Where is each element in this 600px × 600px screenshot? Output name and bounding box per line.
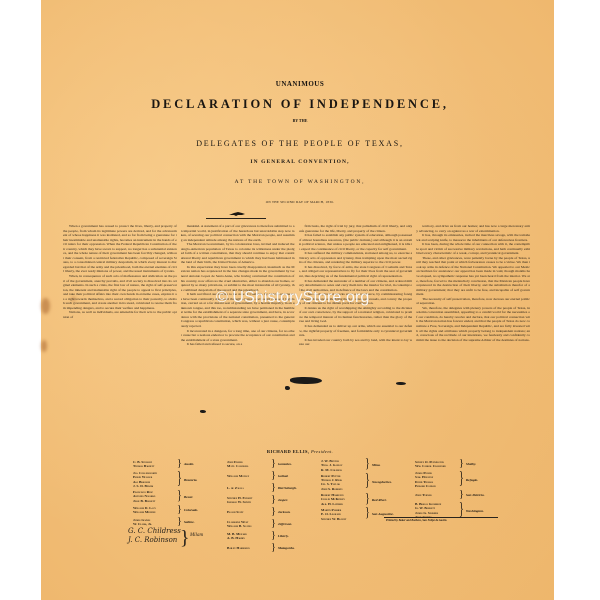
paragraph: It has dissolved, by force of arms, the …	[299, 265, 413, 279]
signer-names: James GainesW. Clark, Jr.	[133, 518, 175, 527]
signer-group: William D. LacyWilliam Menifee}Colorado.	[133, 505, 221, 515]
signer-group: Sydney O. PenningtonWm. Carrol Crawford}…	[415, 459, 503, 469]
signer-name: W. Clark, Jr.	[133, 522, 175, 526]
brace-icon: }	[365, 493, 370, 507]
signer-group: J. W. BuntonThos. J. GazleyR. M. Coleman…	[321, 459, 409, 472]
ink-blot	[396, 382, 406, 385]
declaration-body: When a government has ceased to protect …	[63, 224, 530, 444]
signer-names: Martin ParmerE. O. LegrandStephen W. Blo…	[321, 508, 363, 521]
signer-names: L. de Zavala	[227, 486, 269, 490]
paragraph: firm basis, the right of trial by jury, …	[299, 224, 413, 233]
brace-icon: }	[365, 459, 370, 473]
brace-icon: }	[365, 473, 370, 491]
location-line: AT THE TOWN OF WASHINGTON,	[0, 179, 600, 185]
stain-mark	[41, 340, 47, 352]
brace-icon: }	[271, 519, 276, 529]
signer-group: Bailey Hardeman}Matagorda.	[227, 543, 315, 553]
handwritten-note: Milam	[190, 533, 203, 538]
municipality: Austin.	[184, 462, 194, 466]
brace-icon: }	[177, 471, 182, 489]
signer-group: William Motley}Goliad.	[227, 471, 315, 481]
signer-names: Elijah Stapp	[227, 510, 269, 514]
brace-icon: }	[271, 471, 276, 481]
signer-name: L. de Zavala	[227, 486, 269, 490]
brace-icon: }	[365, 508, 370, 522]
brace-icon: }	[271, 495, 276, 505]
ink-blot	[290, 377, 322, 384]
municipality: Sabine.	[184, 520, 195, 524]
signer-group: James PowerSam. HoustonDavid ThomasEdwar…	[415, 471, 503, 488]
signer-names: Robert HamiltonCollin McKinneyAlb. H. La…	[321, 493, 363, 506]
signer-group: Robert HamiltonCollin McKinneyAlb. H. La…	[321, 493, 409, 506]
body-column: territory, and drive us from our homes; …	[416, 224, 530, 444]
municipality: Matagorda.	[278, 546, 295, 550]
signer-names: M. B. MenardA. B. Hardin	[227, 532, 269, 541]
handwritten-line: J. C. Robinson	[128, 536, 181, 545]
paragraph: It denies us the right of worshipping th…	[299, 306, 413, 324]
date-line: ON THE SECOND DAY OF MARCH, 1836.	[0, 200, 600, 204]
president-line: RICHARD ELLIS, President.	[0, 449, 600, 454]
signer-names: William D. LacyWilliam Menifee	[133, 506, 175, 515]
brace-icon: }	[271, 459, 276, 469]
signer-group: M. B. MenardA. B. Hardin}Liberty.	[227, 531, 315, 541]
signer-name: Wm. Carrol Crawford	[415, 464, 457, 468]
signer-name: Matt. Caldwell	[227, 464, 269, 468]
brace-icon: }	[271, 543, 276, 553]
signer-name: A. B. Hardin	[227, 536, 269, 540]
body-column: mankind. A statement of a part of our gr…	[181, 224, 295, 444]
signer-name: Edward Conrad	[415, 484, 457, 488]
paragraph: The necessity of self preservation, ther…	[416, 297, 530, 306]
convention-line: IN GENERAL CONVENTION,	[0, 159, 600, 165]
signer-group: L. de Zavala}Harrisburgh.	[227, 483, 315, 493]
municipality: Red River.	[372, 498, 387, 502]
handwritten-signatures: G. C. Childress J. C. Robinson	[128, 527, 181, 545]
signer-names: Stephen H. EverittGeorge W. Smyth	[227, 496, 269, 505]
municipality: Jefferson.	[278, 522, 292, 526]
signer-names: Bailey Hardeman	[227, 546, 269, 550]
municipality: Goliad.	[278, 474, 289, 478]
brace-icon: }	[271, 531, 276, 541]
paragraph: It has demanded us to deliver up our arm…	[299, 324, 413, 338]
municipality: Bexar.	[184, 495, 193, 499]
signer-name: Stephen W. Blount	[321, 517, 363, 521]
signer-names: James PowerSam. HoustonDavid ThomasEdwar…	[415, 471, 457, 488]
signer-name: Bailey Hardeman	[227, 546, 269, 550]
brace-icon: }	[180, 527, 190, 550]
president-name: RICHARD ELLIS,	[267, 449, 310, 454]
body-column: firm basis, the right of trial by jury, …	[299, 224, 413, 444]
municipality: San Patricio.	[466, 493, 485, 497]
brace-icon: }	[459, 459, 464, 469]
paragraph: It has been, during the whole time of ou…	[416, 242, 530, 256]
brace-icon: }	[177, 459, 182, 469]
signer-group: Elijah Stapp}Jackson.	[227, 507, 315, 517]
municipality: Jasper.	[278, 498, 288, 502]
municipality: Mina.	[372, 463, 381, 467]
printer-line: Printed by Baker and Bordens, San Felipe…	[386, 519, 447, 522]
brace-icon: }	[177, 505, 182, 515]
signer-name: Jesse B. Badgett	[133, 499, 175, 503]
signer-column: J. W. BuntonThos. J. GazleyR. M. Coleman…	[321, 459, 409, 555]
signer-name: William Menifee	[133, 510, 175, 514]
stain-mark	[41, 298, 50, 314]
municipality: Washington.	[466, 509, 484, 513]
brace-icon: }	[271, 507, 276, 517]
signer-name: J. S. D. Byrom	[133, 484, 175, 488]
paragraph: When, in consequence of such acts of mal…	[63, 274, 177, 310]
paragraph: mankind. A statement of a part of our gr…	[181, 224, 295, 242]
body-column: When a government has ceased to protect …	[63, 224, 177, 444]
ink-blot	[200, 410, 206, 413]
signer-names: C. B. StewartThomas Barnett	[133, 460, 175, 469]
signer-name: Thomas Barnett	[133, 464, 175, 468]
signer-group: Claiborne WestWilliam B. Scates}Jefferso…	[227, 519, 315, 529]
kicker: UNANIMOUS	[0, 80, 600, 88]
signer-group: Jas. CollinsworthEdwin WallerAsa Brigham…	[133, 471, 221, 488]
signer-column: Sydney O. PenningtonWm. Carrol Crawford}…	[415, 459, 503, 555]
paragraph: Nations, as well as individuals, are ame…	[63, 310, 177, 319]
signer-name: R. M. Coleman	[321, 468, 363, 472]
municipality: Shelby.	[466, 462, 476, 466]
president-title: President.	[311, 449, 333, 454]
signer-names: Francisco RuizAntonio NavarroJesse B. Ba…	[133, 490, 175, 503]
decorative-rule	[206, 218, 266, 219]
paragraph: It incarcerated in a dungeon, for a long…	[181, 329, 295, 343]
signer-names: J. W. BuntonThos. J. GazleyR. M. Coleman	[321, 459, 363, 472]
by-the: BY THE	[0, 118, 600, 123]
signer-name: John Turner	[415, 493, 457, 497]
signer-column: John FisherMatt. Caldwell}Gonzales.Willi…	[227, 459, 315, 555]
ink-blot	[285, 386, 290, 390]
paragraph: These, and other grievances, were patien…	[416, 256, 530, 297]
paragraph: It has failed to establish any public sy…	[299, 233, 413, 251]
municipality: Brazoria.	[184, 478, 198, 482]
brace-icon: }	[459, 471, 464, 489]
signer-names: Claiborne WestWilliam B. Scates	[227, 520, 269, 529]
signer-name: Alb. H. Latimer	[321, 502, 363, 506]
signer-names: Sydney O. PenningtonWm. Carrol Crawford	[415, 460, 457, 469]
municipality: Refugio.	[466, 478, 478, 482]
watermark: © UShistoryStore.org	[216, 289, 369, 307]
signer-group: C. B. StewartThomas Barnett}Austin.	[133, 459, 221, 469]
handwritten-line: G. C. Childress	[128, 527, 181, 536]
brace-icon: }	[459, 490, 464, 500]
signer-names: Robert PotterThomas J. RuskCh. S. Taylor…	[321, 474, 363, 491]
brace-icon: }	[271, 483, 276, 493]
printer-rule	[384, 517, 498, 518]
paragraph: It has, through its emissaries, incited …	[416, 233, 530, 242]
ornament-icon	[228, 211, 246, 217]
signer-name: Elijah Stapp	[227, 510, 269, 514]
municipality: Liberty.	[278, 534, 289, 538]
municipality: Gonzales.	[278, 462, 292, 466]
signer-name: John S. Roberts	[321, 487, 363, 491]
signer-name: William Motley	[227, 474, 269, 478]
signer-group: John Turner}San Patricio.	[415, 490, 503, 500]
document-title: DECLARATION OF INDEPENDENCE,	[0, 97, 600, 112]
paragraph: We, therefore, the delegates with plenar…	[416, 306, 530, 342]
signer-name: George W. Smyth	[227, 500, 269, 504]
brace-icon: }	[177, 490, 182, 504]
municipality: Colorado.	[184, 508, 198, 512]
signer-names: John Turner	[415, 493, 457, 497]
paragraph: It has invaded our country both by sea a…	[299, 338, 413, 347]
signer-name: William B. Scates	[227, 524, 269, 528]
municipality: Nacogdoches.	[372, 480, 392, 484]
signer-names: Jas. CollinsworthEdwin WallerAsa Brigham…	[133, 471, 175, 488]
signer-group: Stephen H. EverittGeorge W. Smyth}Jasper…	[227, 495, 315, 505]
municipality: San Augustine.	[372, 512, 394, 516]
signer-group: John FisherMatt. Caldwell}Gonzales.	[227, 459, 315, 469]
municipality: Jackson.	[278, 510, 291, 514]
paragraph: It has suffered the military commandants…	[299, 251, 413, 265]
paragraph: It has failed and refused to secure, on …	[181, 342, 295, 347]
signer-group: Robert PotterThomas J. RuskCh. S. Taylor…	[321, 474, 409, 491]
paragraph: The Mexican Government, by its colonizat…	[181, 242, 295, 265]
signer-group: Francisco RuizAntonio NavarroJesse B. Ba…	[133, 490, 221, 503]
signer-names: John FisherMatt. Caldwell	[227, 460, 269, 469]
signer-group: James GainesW. Clark, Jr.}Sabine.	[133, 517, 221, 527]
paragraph: territory, and drive us from our homes; …	[416, 224, 530, 233]
subtitle: DELEGATES OF THE PEOPLE OF TEXAS,	[0, 139, 600, 148]
signer-names: William Motley	[227, 474, 269, 478]
paragraph: When a government has ceased to protect …	[63, 224, 177, 274]
municipality: Harrisburgh.	[278, 486, 297, 490]
brace-icon: }	[177, 517, 182, 527]
